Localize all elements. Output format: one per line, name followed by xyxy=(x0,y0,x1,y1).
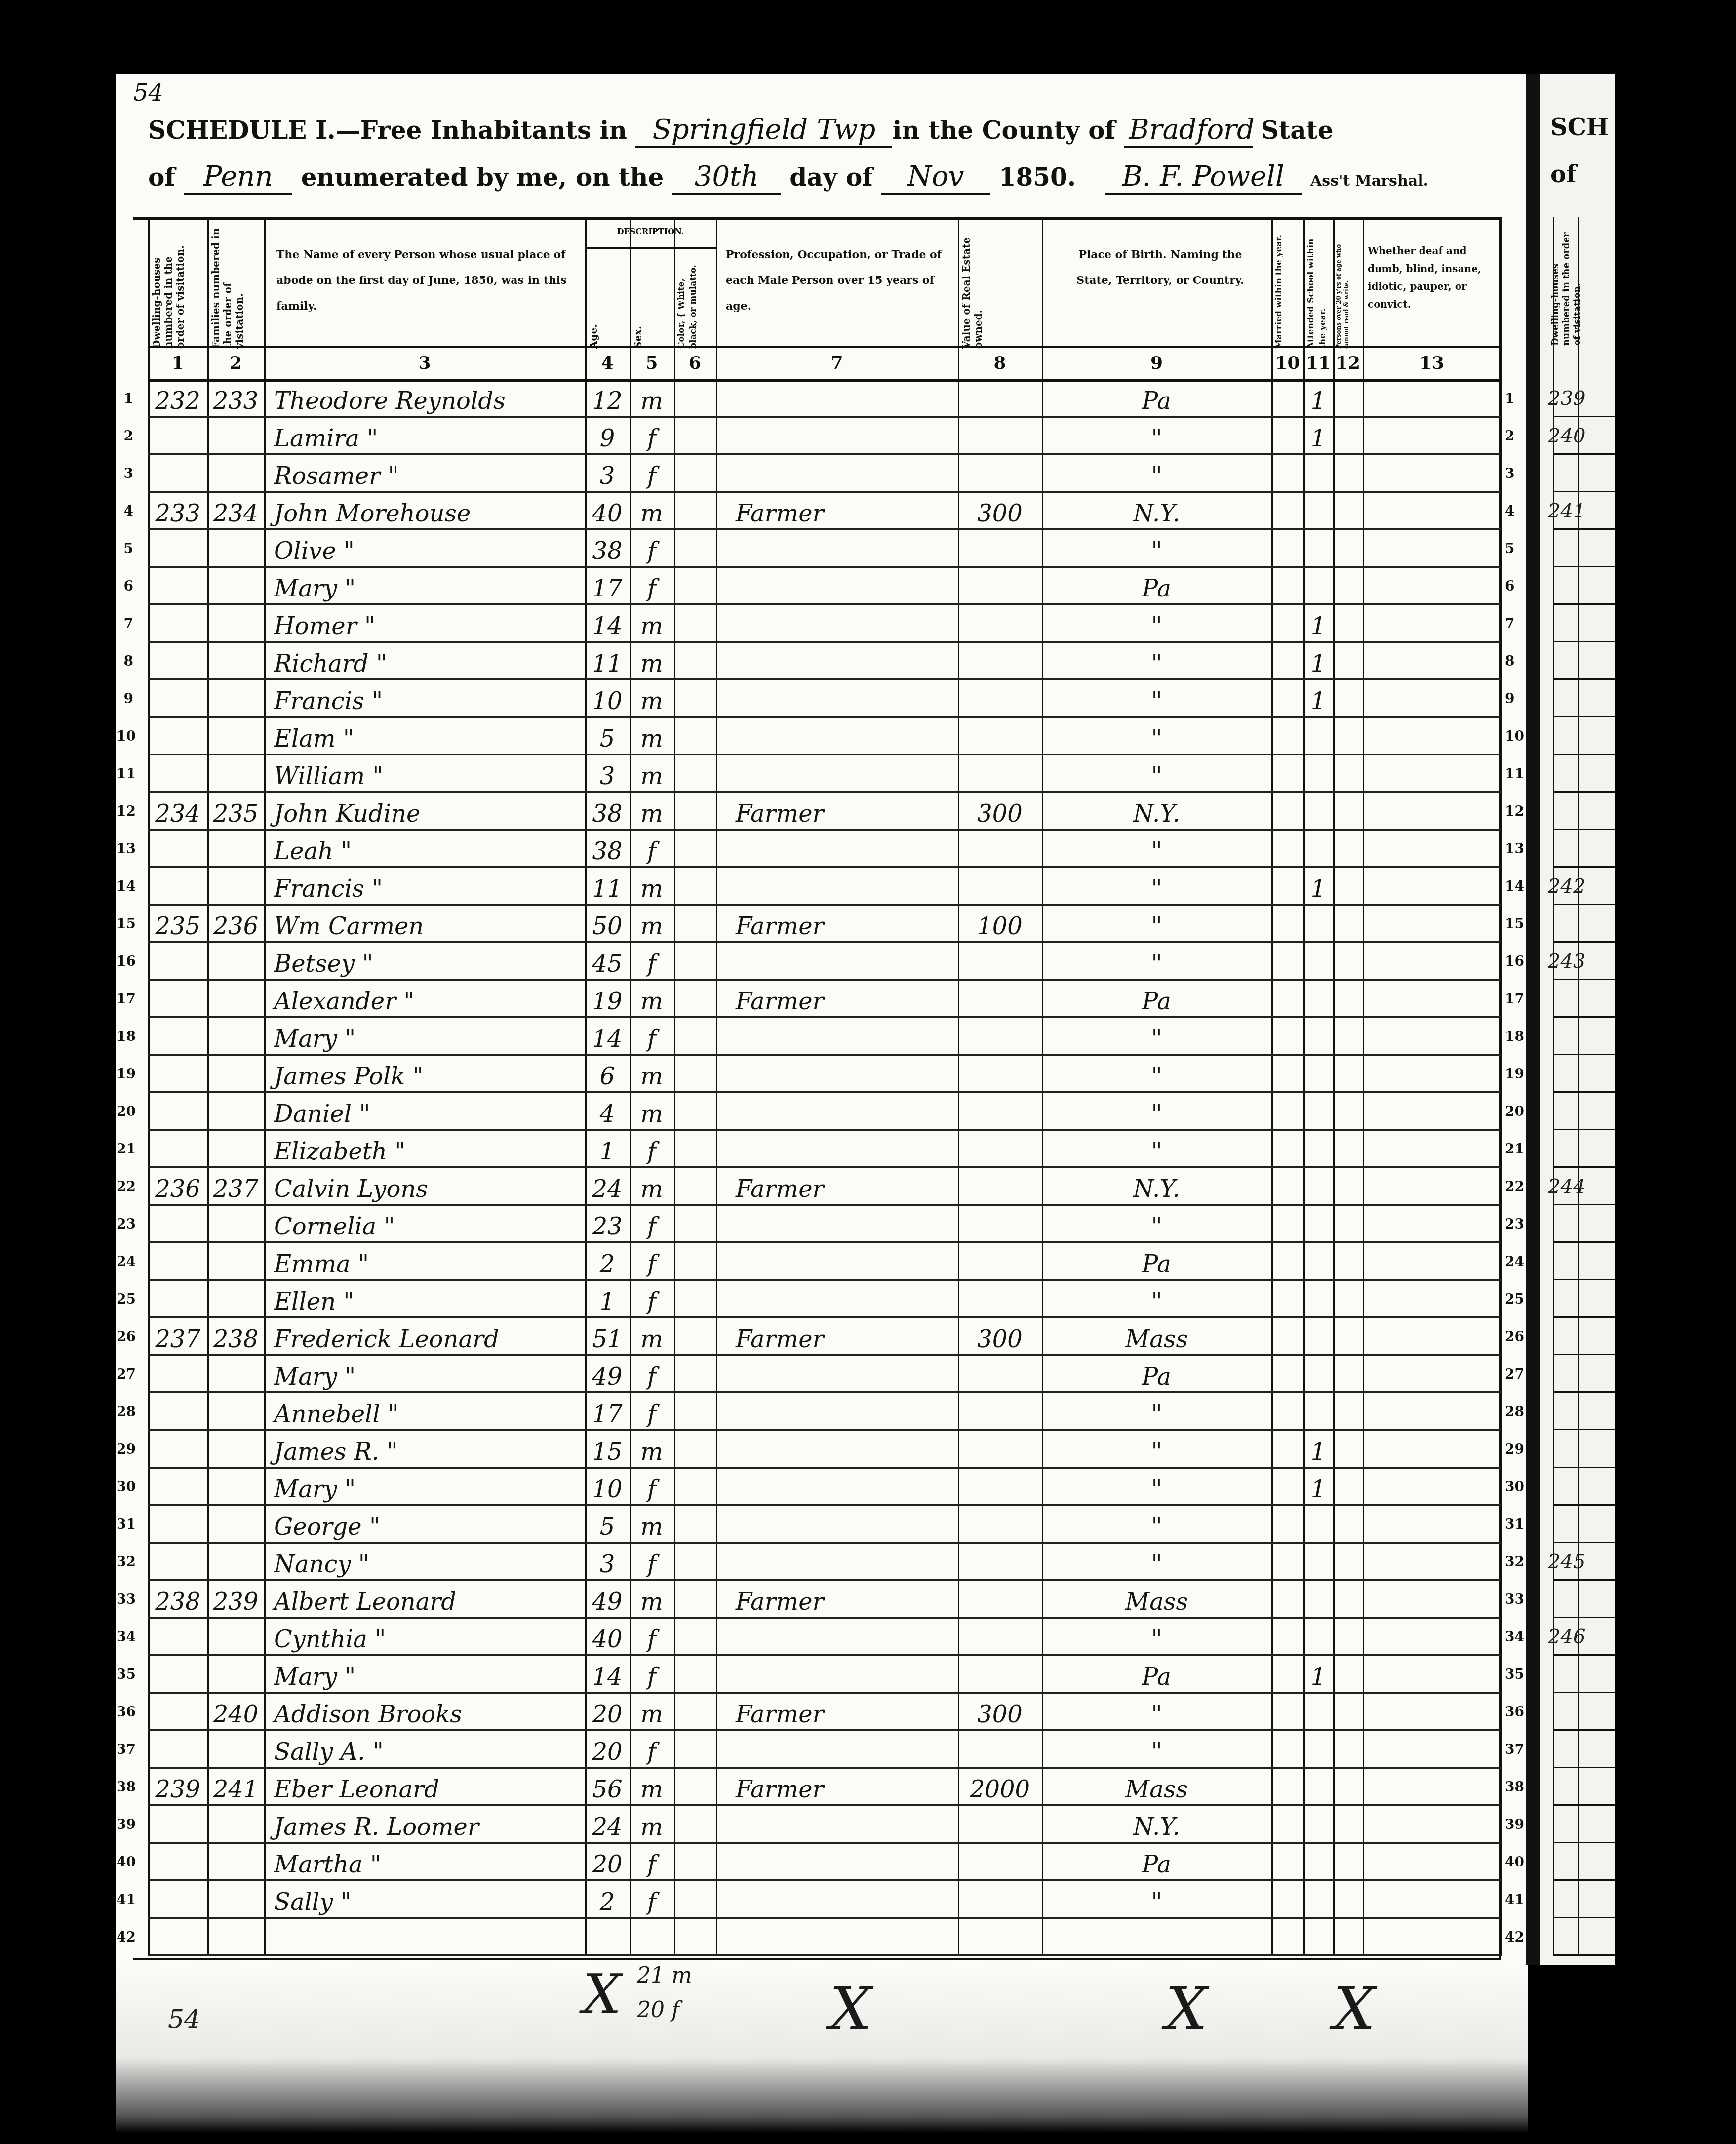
header-occupation: Profession, Occupation, or Trade of each… xyxy=(726,242,953,365)
age-value: 14 xyxy=(585,605,630,643)
occupation-value xyxy=(736,943,958,981)
birthplace-value: Pa xyxy=(1042,981,1271,1018)
adjacent-row-rule xyxy=(1553,904,1615,905)
person-name: Sally " xyxy=(274,1881,585,1919)
real-estate-value xyxy=(958,1393,1042,1431)
birthplace-value: Mass xyxy=(1042,1581,1271,1619)
adjacent-row-rule xyxy=(1553,979,1615,980)
line-number: 15 xyxy=(117,915,133,932)
birthplace-value: " xyxy=(1042,680,1271,718)
dwelling-number: 233 xyxy=(148,493,207,530)
day-of-label: day of xyxy=(789,162,873,192)
dwelling-number xyxy=(148,755,207,793)
age-value: 2 xyxy=(585,1881,630,1919)
dwelling-number xyxy=(148,868,207,906)
line-number: 30 xyxy=(1505,1478,1522,1495)
real-estate-value xyxy=(958,1919,1042,1956)
age-value: 17 xyxy=(585,1393,630,1431)
sex-value: m xyxy=(630,868,674,906)
real-estate-value: 300 xyxy=(958,493,1042,530)
sex-value: f xyxy=(630,1731,674,1769)
sex-value: m xyxy=(630,1093,674,1131)
family-number xyxy=(207,1093,264,1131)
dwelling-number xyxy=(148,1131,207,1168)
age-value: 4 xyxy=(585,1093,630,1131)
adjacent-dwelling-number: 240 xyxy=(1548,425,1585,447)
column-rule xyxy=(1271,217,1273,1956)
occupation-value: Farmer xyxy=(736,793,958,831)
dwelling-number xyxy=(148,605,207,643)
line-number: 24 xyxy=(1505,1253,1522,1270)
occupation-value xyxy=(736,418,958,455)
family-number xyxy=(207,1656,264,1694)
age-value: 20 xyxy=(585,1694,630,1731)
birthplace-value: " xyxy=(1042,1619,1271,1656)
header-real-estate: Value of Real Estate owned. xyxy=(960,222,1039,352)
line-number: 42 xyxy=(117,1929,133,1945)
column-number: 10 xyxy=(1271,348,1303,378)
occupation-value xyxy=(736,831,958,868)
age-value: 14 xyxy=(585,1018,630,1056)
school-mark xyxy=(1303,1806,1333,1844)
line-number: 6 xyxy=(1505,578,1522,594)
person-name: James Polk " xyxy=(274,1056,585,1093)
birthplace-value: Pa xyxy=(1042,1243,1271,1281)
age-value: 2 xyxy=(585,1243,630,1281)
occupation-value xyxy=(736,1919,958,1956)
month-field: Nov xyxy=(881,160,990,195)
line-number: 25 xyxy=(117,1291,133,1307)
person-name: Mary " xyxy=(274,1018,585,1056)
person-name: James R. " xyxy=(274,1431,585,1469)
school-mark xyxy=(1303,568,1333,605)
age-value: 12 xyxy=(585,380,630,418)
birthplace-value: " xyxy=(1042,1731,1271,1769)
school-mark: 1 xyxy=(1303,643,1333,680)
adjacent-row-rule xyxy=(1553,1391,1615,1393)
school-mark: 1 xyxy=(1303,1656,1333,1694)
occupation-value xyxy=(736,1806,958,1844)
adjacent-dwelling-number: 241 xyxy=(1548,500,1585,522)
age-value: 1 xyxy=(585,1281,630,1318)
family-number xyxy=(207,605,264,643)
age-value: 50 xyxy=(585,906,630,943)
dwelling-number xyxy=(148,1469,207,1506)
person-name: Mary " xyxy=(274,1656,585,1694)
column-number: 13 xyxy=(1363,348,1501,378)
line-number: 37 xyxy=(1505,1741,1522,1757)
line-number: 15 xyxy=(1505,915,1522,932)
dwelling-number xyxy=(148,1393,207,1431)
line-number: 34 xyxy=(117,1628,133,1645)
birthplace-value: " xyxy=(1042,1206,1271,1243)
adjacent-header-dwelling: Dwelling-houses numbered in the order of… xyxy=(1550,227,1580,346)
adjacent-row-rule xyxy=(1553,1579,1615,1581)
sex-value: m xyxy=(630,718,674,755)
line-number: 11 xyxy=(1505,765,1522,782)
school-mark: 1 xyxy=(1303,868,1333,906)
adjacent-row-rule xyxy=(1553,1166,1615,1168)
person-name: John Morehouse xyxy=(274,493,585,530)
line-number: 39 xyxy=(1505,1816,1522,1832)
line-number: 24 xyxy=(117,1253,133,1270)
line-number: 34 xyxy=(1505,1628,1522,1645)
line-number: 17 xyxy=(1505,991,1522,1007)
school-mark xyxy=(1303,1093,1333,1131)
adjacent-row-rule xyxy=(1553,1729,1615,1731)
real-estate-value xyxy=(958,981,1042,1018)
family-number: 238 xyxy=(207,1318,264,1356)
dwelling-number xyxy=(148,568,207,605)
occupation-value: Farmer xyxy=(736,493,958,530)
column-number: 7 xyxy=(716,348,958,378)
adjacent-dwelling-number: 246 xyxy=(1548,1626,1585,1648)
person-name: Mary " xyxy=(274,568,585,605)
birthplace-value: N.Y. xyxy=(1042,1806,1271,1844)
adjacent-row-rule xyxy=(1553,791,1615,793)
age-value: 19 xyxy=(585,981,630,1018)
line-number: 10 xyxy=(1505,728,1522,744)
family-number xyxy=(207,1131,264,1168)
age-value: 56 xyxy=(585,1769,630,1806)
adjacent-row-rule xyxy=(1553,1617,1615,1618)
age-value: 15 xyxy=(585,1431,630,1469)
line-number: 10 xyxy=(117,728,133,744)
enumerated-label: enumerated by me, on the xyxy=(301,162,664,192)
line-number: 9 xyxy=(117,690,133,707)
schedule-label: SCHEDULE I.—Free Inhabitants in xyxy=(148,116,627,145)
line-number: 38 xyxy=(1505,1779,1522,1795)
dwelling-number xyxy=(148,455,207,493)
dwelling-number: 237 xyxy=(148,1318,207,1356)
occupation-value xyxy=(736,1619,958,1656)
real-estate-value xyxy=(958,1018,1042,1056)
birthplace-value: " xyxy=(1042,1056,1271,1093)
adjacent-row-rule xyxy=(1553,1241,1615,1243)
tally-x-mark: X xyxy=(1165,1975,1207,2044)
line-number: 39 xyxy=(117,1816,133,1832)
adjacent-row-rule xyxy=(1553,1016,1615,1018)
occupation-value xyxy=(736,755,958,793)
school-mark: 1 xyxy=(1303,380,1333,418)
real-estate-value xyxy=(958,455,1042,493)
real-estate-value xyxy=(958,1093,1042,1131)
tally-x-mark: X xyxy=(829,1975,871,2044)
school-mark xyxy=(1303,1544,1333,1581)
line-number: 5 xyxy=(117,540,133,556)
header-color: Color, { White, black, or mulatto. xyxy=(675,252,715,352)
dwelling-number xyxy=(148,1243,207,1281)
age-value: 20 xyxy=(585,1731,630,1769)
line-number: 19 xyxy=(117,1066,133,1082)
occupation-value xyxy=(736,1356,958,1393)
column-number: 6 xyxy=(674,348,716,378)
real-estate-value xyxy=(958,568,1042,605)
real-estate-value xyxy=(958,1469,1042,1506)
occupation-value: Farmer xyxy=(736,1318,958,1356)
line-number: 2 xyxy=(117,428,133,444)
dwelling-number: 235 xyxy=(148,906,207,943)
marshal-label: Ass't Marshal. xyxy=(1310,172,1428,190)
family-number xyxy=(207,1206,264,1243)
sex-value: m xyxy=(630,1506,674,1544)
person-name: Richard " xyxy=(274,643,585,680)
occupation-value xyxy=(736,1506,958,1544)
real-estate-value xyxy=(958,943,1042,981)
page-number-bottom: 54 xyxy=(168,2005,200,2034)
line-number: 13 xyxy=(1505,840,1522,857)
age-value: 9 xyxy=(585,418,630,455)
family-number xyxy=(207,1919,264,1956)
line-number: 32 xyxy=(117,1553,133,1570)
sex-value: f xyxy=(630,418,674,455)
family-number xyxy=(207,1356,264,1393)
adjacent-row-rule xyxy=(1553,1917,1615,1918)
occupation-value xyxy=(736,1243,958,1281)
adjacent-row-rule xyxy=(1553,1467,1615,1468)
occupation-value: Farmer xyxy=(736,1168,958,1206)
line-number: 28 xyxy=(1505,1403,1522,1420)
dwelling-number xyxy=(148,1731,207,1769)
birthplace-value: " xyxy=(1042,1393,1271,1431)
real-estate-value xyxy=(958,643,1042,680)
tally-x-mark: X xyxy=(583,1963,621,2026)
description-rule xyxy=(585,247,716,249)
line-number: 37 xyxy=(117,1741,133,1757)
adjacent-of-fragment: of xyxy=(1550,160,1610,188)
dwelling-number xyxy=(148,1281,207,1318)
age-value: 3 xyxy=(585,1544,630,1581)
birthplace-value: " xyxy=(1042,1506,1271,1544)
person-name: Daniel " xyxy=(274,1093,585,1131)
age-value: 40 xyxy=(585,1619,630,1656)
family-number xyxy=(207,1506,264,1544)
adjacent-row-rule xyxy=(1553,603,1615,605)
real-estate-value xyxy=(958,605,1042,643)
person-name: Calvin Lyons xyxy=(274,1168,585,1206)
family-number xyxy=(207,530,264,568)
day-field: 30th xyxy=(672,160,781,195)
adjacent-row-rule xyxy=(1553,716,1615,717)
sex-value: m xyxy=(630,605,674,643)
page-bottom-margin xyxy=(116,1965,1528,2133)
occupation-value: Farmer xyxy=(736,981,958,1018)
family-number xyxy=(207,981,264,1018)
family-number: 236 xyxy=(207,906,264,943)
sex-value: f xyxy=(630,1018,674,1056)
school-mark xyxy=(1303,981,1333,1018)
adjacent-row-rule xyxy=(1553,1879,1615,1881)
real-estate-value: 300 xyxy=(958,1318,1042,1356)
age-value xyxy=(585,1919,630,1956)
school-mark xyxy=(1303,1844,1333,1881)
family-number xyxy=(207,943,264,981)
age-value: 38 xyxy=(585,530,630,568)
tally-males: 21 m xyxy=(637,1963,692,1988)
adjacent-row-rule xyxy=(1553,491,1615,492)
sex-value: m xyxy=(630,1056,674,1093)
line-number: 26 xyxy=(117,1328,133,1345)
line-number: 35 xyxy=(117,1666,133,1682)
school-mark xyxy=(1303,1506,1333,1544)
school-mark xyxy=(1303,455,1333,493)
sex-value: f xyxy=(630,831,674,868)
occupation-value xyxy=(736,530,958,568)
school-mark: 1 xyxy=(1303,605,1333,643)
occupation-value: Farmer xyxy=(736,906,958,943)
dwelling-number xyxy=(148,418,207,455)
person-name: Theodore Reynolds xyxy=(274,380,585,418)
family-number: 233 xyxy=(207,380,264,418)
person-name: Nancy " xyxy=(274,1544,585,1581)
column-number: 1 xyxy=(148,348,207,378)
page-gutter xyxy=(1526,74,1541,1965)
school-mark xyxy=(1303,1393,1333,1431)
of-label: of xyxy=(148,162,175,192)
dwelling-number xyxy=(148,1694,207,1731)
sex-value: f xyxy=(630,1281,674,1318)
page-number-top: 54 xyxy=(133,79,163,107)
sex-value: m xyxy=(630,380,674,418)
occupation-value xyxy=(736,1018,958,1056)
person-name: Addison Brooks xyxy=(274,1694,585,1731)
tally-females: 20 f xyxy=(637,1997,679,2023)
dwelling-number xyxy=(148,1056,207,1093)
birthplace-value: " xyxy=(1042,1544,1271,1581)
line-number: 7 xyxy=(1505,615,1522,632)
school-mark xyxy=(1303,943,1333,981)
age-value: 38 xyxy=(585,793,630,831)
real-estate-value xyxy=(958,680,1042,718)
line-number: 13 xyxy=(117,840,133,857)
family-number xyxy=(207,718,264,755)
real-estate-value: 2000 xyxy=(958,1769,1042,1806)
age-value: 49 xyxy=(585,1356,630,1393)
person-name: Wm Carmen xyxy=(274,906,585,943)
real-estate-value xyxy=(958,418,1042,455)
occupation-value xyxy=(736,1093,958,1131)
age-value: 11 xyxy=(585,643,630,680)
dwelling-number xyxy=(148,1844,207,1881)
real-estate-value: 300 xyxy=(958,793,1042,831)
sex-value: m xyxy=(630,1431,674,1469)
header-name: The Name of every Person whose usual pla… xyxy=(276,242,578,365)
person-name: Francis " xyxy=(274,680,585,718)
adjacent-row-rule xyxy=(1553,1054,1615,1055)
person-name: Mary " xyxy=(274,1356,585,1393)
sex-value: m xyxy=(630,680,674,718)
scan-shadow xyxy=(1615,0,1736,2144)
school-mark xyxy=(1303,1206,1333,1243)
line-number: 31 xyxy=(1505,1516,1522,1532)
family-number: 234 xyxy=(207,493,264,530)
line-number: 14 xyxy=(117,878,133,894)
dwelling-number xyxy=(148,1656,207,1694)
age-value: 45 xyxy=(585,943,630,981)
adjacent-dwelling-number: 244 xyxy=(1548,1175,1585,1198)
adjacent-row-rule xyxy=(1553,566,1615,567)
line-number: 26 xyxy=(1505,1328,1522,1345)
line-number: 36 xyxy=(117,1704,133,1720)
adjacent-dwelling-number: 239 xyxy=(1548,387,1585,410)
sex-value: f xyxy=(630,1619,674,1656)
line-number: 17 xyxy=(117,991,133,1007)
adjacent-row-rule xyxy=(1553,1954,1615,1956)
dwelling-number xyxy=(148,530,207,568)
line-number: 3 xyxy=(1505,465,1522,481)
person-name: Leah " xyxy=(274,831,585,868)
dwelling-number xyxy=(148,1356,207,1393)
family-number xyxy=(207,1243,264,1281)
family-number: 240 xyxy=(207,1694,264,1731)
state-label: State xyxy=(1261,116,1334,145)
real-estate-value xyxy=(958,1731,1042,1769)
marshal-field: B. F. Powell xyxy=(1105,160,1302,195)
line-number: 19 xyxy=(1505,1066,1522,1082)
line-number: 33 xyxy=(117,1591,133,1607)
line-number: 16 xyxy=(1505,953,1522,969)
line-number: 41 xyxy=(1505,1891,1522,1907)
birthplace-value: " xyxy=(1042,718,1271,755)
header-school: Attended School within the year. xyxy=(1305,222,1332,352)
line-number: 38 xyxy=(117,1779,133,1795)
adjacent-row-rule xyxy=(1553,1279,1615,1280)
school-mark xyxy=(1303,906,1333,943)
occupation-value xyxy=(736,455,958,493)
sex-value: f xyxy=(630,1544,674,1581)
occupation-value: Farmer xyxy=(736,1694,958,1731)
adjacent-row-rule xyxy=(1553,1692,1615,1693)
occupation-value: Farmer xyxy=(736,1581,958,1619)
dwelling-number xyxy=(148,831,207,868)
school-mark xyxy=(1303,493,1333,530)
real-estate-value xyxy=(958,1281,1042,1318)
sex-value: f xyxy=(630,1393,674,1431)
person-name xyxy=(274,1919,585,1956)
person-name: Ellen " xyxy=(274,1281,585,1318)
adjacent-dwelling-number: 242 xyxy=(1548,875,1585,898)
school-mark xyxy=(1303,1318,1333,1356)
family-number: 235 xyxy=(207,793,264,831)
line-number: 28 xyxy=(117,1403,133,1420)
adjacent-row-rule xyxy=(1553,941,1615,943)
occupation-value xyxy=(736,605,958,643)
birthplace-value: " xyxy=(1042,831,1271,868)
column-rule xyxy=(264,217,266,1956)
age-value: 24 xyxy=(585,1168,630,1206)
age-value: 1 xyxy=(585,1131,630,1168)
adjacent-dwelling-number: 245 xyxy=(1548,1550,1585,1573)
header-family: Families numbered in the order of visita… xyxy=(210,222,262,352)
real-estate-value xyxy=(958,1243,1042,1281)
birthplace-value: " xyxy=(1042,1694,1271,1731)
column-number: 3 xyxy=(264,348,585,378)
adjacent-row-rule xyxy=(1553,1804,1615,1806)
person-name: Rosamer " xyxy=(274,455,585,493)
state-field: Penn xyxy=(184,160,292,195)
age-value: 51 xyxy=(585,1318,630,1356)
family-number xyxy=(207,455,264,493)
occupation-value xyxy=(736,1656,958,1694)
family-number xyxy=(207,1881,264,1919)
school-mark xyxy=(1303,1131,1333,1168)
tally-x-mark: X xyxy=(1333,1975,1375,2044)
real-estate-value xyxy=(958,831,1042,868)
person-name: Cornelia " xyxy=(274,1206,585,1243)
sex-value: f xyxy=(630,568,674,605)
family-number: 237 xyxy=(207,1168,264,1206)
line-number: 14 xyxy=(1505,878,1522,894)
